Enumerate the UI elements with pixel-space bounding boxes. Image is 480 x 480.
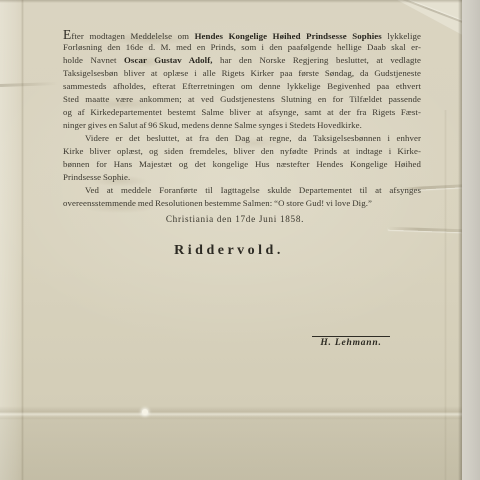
body-line-13: Ved at meddele Foranførte til Iagttagels… xyxy=(63,184,421,197)
body-line-3: holde Navnet Oscar Gustav Adolf, har den… xyxy=(63,54,421,67)
countersignature-name: H. Lehmann. xyxy=(310,338,392,348)
document-page: Efter modtagen Meddelelse om Hendes Kong… xyxy=(0,0,462,480)
body-line-9: Videre er det besluttet, at fra den Dag … xyxy=(63,132,421,145)
body-line-8: ninger gives en Salut af 96 Skud, medens… xyxy=(63,119,421,132)
scanned-document: Efter modtagen Meddelelse om Hendes Kong… xyxy=(0,0,480,480)
countersignature-rule xyxy=(312,336,390,337)
document-body: Efter modtagen Meddelelse om Hendes Kong… xyxy=(63,28,421,210)
body-line-4: Taksigelsesbøn bliver at oplæse i alle R… xyxy=(63,67,421,80)
dateline: Christiania den 17de Juni 1858. xyxy=(63,214,421,224)
body-text-bold: Oscar Gustav Adolf, xyxy=(124,55,213,65)
body-text: fter modtagen Meddelelse om xyxy=(71,31,189,41)
body-line-1: Efter modtagen Meddelelse om Hendes Kong… xyxy=(63,28,421,41)
body-line-2: Forløsning den 16de d. M. med en Prinds,… xyxy=(63,41,421,54)
body-line-6: Sted maatte være ankommen; at ved Gudstj… xyxy=(63,93,421,106)
background-edge-strip xyxy=(462,0,480,480)
body-line-5: sammesteds afholdes, efterat Efterretnin… xyxy=(63,80,421,93)
top-paper-edge xyxy=(0,0,462,3)
body-line-11: bønnen for Hans Majestæt og det kongelig… xyxy=(63,158,421,171)
countersignature-block: H. Lehmann. xyxy=(310,332,392,348)
body-line-14: overeensstemmende med Resolutionen beste… xyxy=(63,197,421,210)
signature-name: Riddervold. xyxy=(63,243,421,259)
body-text-bold: Hendes Kongelige Høihed Prindsesse Sophi… xyxy=(195,31,382,41)
body-line-12: Prindsesse Sophie. xyxy=(63,171,421,184)
body-text: holde Navnet xyxy=(63,55,117,65)
body-text: lykkelige xyxy=(387,31,421,41)
body-line-10: Kirke bliver oplæst, og siden fremdeles,… xyxy=(63,145,421,158)
body-line-7: og af Kirkedepartementet bestemt Salme b… xyxy=(63,106,421,119)
body-text: har den Norske Regjering besluttet, at v… xyxy=(220,55,421,65)
